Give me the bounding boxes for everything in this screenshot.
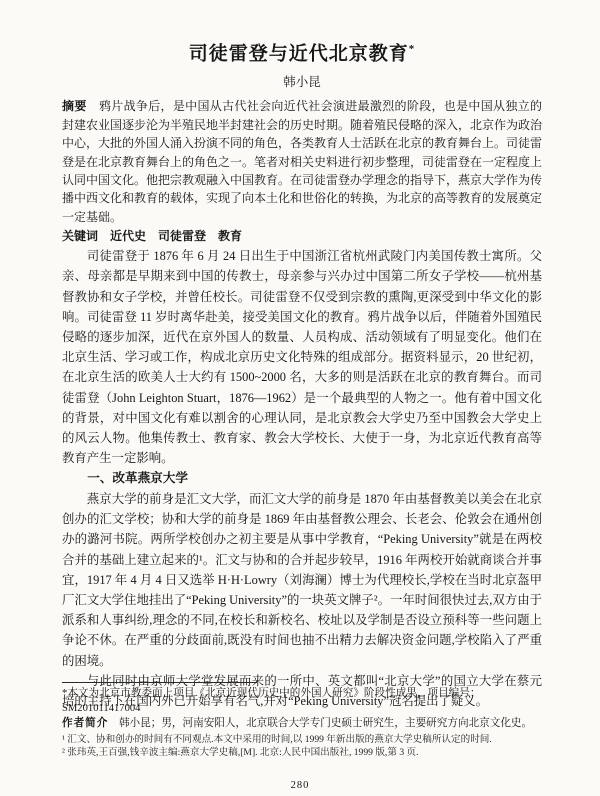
paper-page: 司徒雷登与近代北京教育* 韩小昆 摘要鸦片战争后，是中国从古代社会向近代社会演进… (0, 0, 600, 796)
keyword-item: 司徒雷登 (158, 229, 206, 243)
title-footnote-marker: * (409, 43, 416, 55)
project-number: SM201011417004 (62, 702, 542, 717)
body-paragraph-yenching: 燕京大学的前身是汇文大学，而汇文大学的前身是 1870 年由基督教美以美会在北京… (62, 489, 542, 671)
footnote-1: ¹ 汇文、协和创办的时间有不同观点.本文中采用的时间,以 1999 年新出版的燕… (62, 734, 542, 747)
keyword-item: 教育 (218, 229, 242, 243)
footnote-2: ² 张玮英,王百强,钱辛波主编:燕京大学史稿,[M]. 北京:人民中国出版社, … (62, 747, 542, 760)
section-heading: 一、改革燕京大学 (62, 468, 542, 489)
footnote-section: *本文为北京市教委面上项目《北京近现代历史中的外国人研究》阶段性成果，项目编号：… (62, 682, 542, 759)
keywords-line: 关键词近代史司徒雷登教育 (62, 226, 542, 246)
abstract-paragraph: 摘要鸦片战争后，是中国从古代社会向近代社会演进最激烈的阶段，也是中国从独立的封建… (62, 97, 542, 226)
keyword-item: 近代史 (110, 229, 146, 243)
page-title: 司徒雷登与近代北京教育* (62, 36, 542, 67)
author-bio-label: 作者简介 (62, 718, 108, 729)
abstract-text: 鸦片战争后，是中国从古代社会向近代社会演进最激烈的阶段，也是中国从独立的封建农业… (62, 99, 542, 223)
footnote-divider (62, 682, 257, 683)
page-number: 280 (0, 780, 600, 791)
body-paragraph-intro: 司徒雷登于 1876 年 6 月 24 日出生于中国浙江省杭州武陵门内美国传教士… (62, 246, 542, 468)
author-bio-line: 作者简介韩小昆；男，河南安阳人，北京联合大学专门史硕士研究生，主要研究方向北京文… (62, 716, 542, 731)
author-bio-text: 韩小昆；男，河南安阳人，北京联合大学专门史硕士研究生，主要研究方向北京文化史。 (119, 718, 532, 729)
project-footnote-line1: *本文为北京市教委面上项目《北京近现代历史中的外国人研究》阶段性成果，项目编号： (62, 687, 542, 702)
author-name: 韩小昆 (62, 71, 542, 93)
keywords-label: 关键词 (62, 229, 98, 243)
abstract-label: 摘要 (62, 99, 87, 113)
title-text: 司徒雷登与近代北京教育 (189, 43, 409, 64)
